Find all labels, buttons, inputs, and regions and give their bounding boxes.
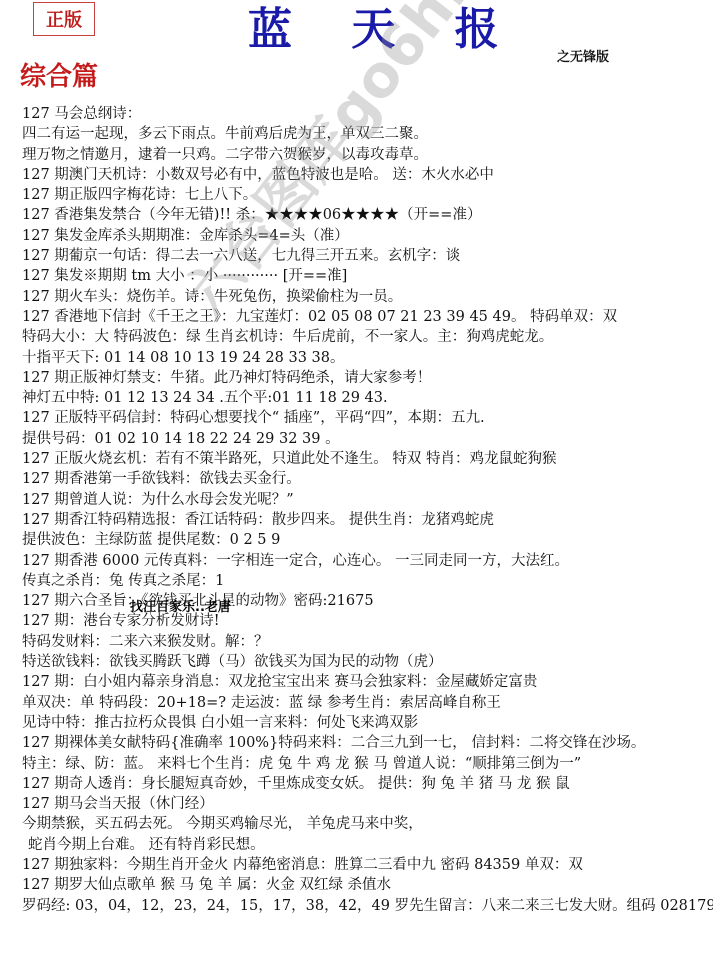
text-line: 今期禁猴，买五码去死。 今期买鸡输尽光， 羊兔虎马来中奖， — [22, 814, 712, 834]
text-line: 特送欲钱料：欲钱买腾跃飞蹲（马）欲钱买为国为民的动物（虎） — [22, 652, 712, 672]
text-line: 127 期六合圣旨：《欲钱买北斗星的动物》密码:21675 — [22, 591, 712, 611]
text-line: 见诗中特：推古拉朽众畏惧 白小姐一言来料：何处飞来鸿双影 — [22, 713, 712, 733]
section-title: 综合篇 — [20, 60, 98, 94]
text-line: 127 期香港 6000 元传真料：一字相连一定合，心连心。 一三同走同一方，大… — [22, 551, 712, 571]
overlay-note: 找汪百家乐..老唐 — [130, 596, 231, 615]
text-line: 127 期罗大仙点歌单 猴 马 兔 羊 属：火金 双红绿 杀值水 — [22, 875, 712, 895]
text-line: 特主：绿、防：蓝。 来料七个生肖：虎 兔 牛 鸡 龙 猴 马 曾道人说：“顺排第… — [22, 754, 712, 774]
text-line: 提供波色：主绿防蓝 提供尾数：0 2 5 9 — [22, 530, 712, 550]
text-line: 罗码经: 03，04，12，23，24，15，17，38，42，49 罗先生留言… — [22, 896, 712, 916]
text-line: 127 期香港第一手欲钱料：欲钱去买金行。 — [22, 469, 712, 489]
text-line: 127 期裸体美女献特码{准确率 100%}特码来料：二合三九到一七， 信封料：… — [22, 733, 712, 753]
text-line: 十指平天下: 01 14 08 10 13 19 24 28 33 38。 — [22, 348, 712, 368]
text-line: 127 期独家料：今期生肖开金火 内幕绝密消息：胜算二三看中九 密码 84359… — [22, 855, 712, 875]
text-line: 特码大小：大 特码波色：绿 生肖玄机诗：牛后虎前，不一家人。主：狗鸡虎蛇龙。 — [22, 327, 712, 347]
edition-label: 之无锋版 — [557, 46, 609, 65]
text-line: 127 正版特平码信封：特码心想要找个“ 插座”，平码“四”，本期：五九. — [22, 408, 712, 428]
text-line: 127 期火车头：烧伤羊。诗：牛死兔伤，换梁偷柱为一员。 — [22, 287, 712, 307]
text-line: 理万物之情邀月，逮着一只鸡。二字带六贺猴岁，以毒攻毒草。 — [22, 145, 712, 165]
text-line: 127 香港地下信封《千王之王》：九宝莲灯：02 05 08 07 21 23 … — [22, 307, 712, 327]
text-line: 127 期香江特码精选报：香江话特码：散步四来。 提供生肖：龙猪鸡蛇虎 — [22, 510, 712, 530]
text-line: 127 期马会当天报（休门经） — [22, 794, 712, 814]
text-line: 127 期：港台专家分析发财诗! — [22, 611, 712, 631]
text-line: 127 集发※期期 tm 大小 ：小 ············ [开==准] — [22, 266, 712, 286]
text-line: 127 正版火烧玄机：若有不策半路死，只道此处不逢生。 特双 特肖：鸡龙鼠蛇狗猴 — [22, 449, 712, 469]
text-line: 提供号码：01 02 10 14 18 22 24 29 32 39 。 — [22, 429, 712, 449]
text-line: 127 期葡京一句话：得二去一六八送，七九得三开五来。玄机字：谈 — [22, 246, 712, 266]
text-line: 神灯五中特: 01 12 13 24 34 .五个平:01 11 18 29 4… — [22, 388, 712, 408]
text-line: 127 期：白小姐内幕亲身消息：双龙抢宝宝出来 赛马会独家料：金屋藏娇定富贵 — [22, 672, 712, 692]
text-line: 127 期奇人透肖：身长腿短真奇妙，千里炼成变女妖。 提供：狗 兔 羊 猪 马 … — [22, 774, 712, 794]
official-edition-stamp: 正版 — [33, 2, 95, 36]
text-line: 127 集发金库杀头期期准：金库杀头=4=头（准） — [22, 226, 712, 246]
text-line: 127 期澳门天机诗：小数双号必有中，蓝色特波也是哈。 送：木火水必中 — [22, 165, 712, 185]
text-line: 127 期正版神灯禁支：牛猪。此乃神灯特码绝杀，请大家参考！ — [22, 368, 712, 388]
text-line: 四二有运一起现，多云下雨点。牛前鸡后虎为王，单双三二聚。 — [22, 124, 712, 144]
text-line: 传真之杀肖：兔 传真之杀尾：1 — [22, 571, 712, 591]
masthead-title: 蓝 天 报 — [248, 4, 521, 56]
text-line: 127 香港集发禁合（今年无错)!! 杀：★★★★06★★★★（开==准） — [22, 205, 712, 225]
text-line: 特码发财料：二来六来猴发财。解：？ — [22, 632, 712, 652]
text-line: 127 期曾道人说：为什么水母会发光呢？” — [22, 490, 712, 510]
text-line: 单双决：单 特码段：20+18=? 走运波：蓝 绿 参考生肖：索居高峰自称王 — [22, 693, 712, 713]
text-line: 127 马会总纲诗： — [22, 104, 712, 124]
article-body: 127 马会总纲诗： 四二有运一起现，多云下雨点。牛前鸡后虎为王，单双三二聚。 … — [22, 104, 712, 916]
text-line: 蛇肖今期上台难。 还有特肖彩民想。 — [22, 835, 712, 855]
text-line: 127 期正版四字梅花诗：七上八下。 — [22, 185, 712, 205]
